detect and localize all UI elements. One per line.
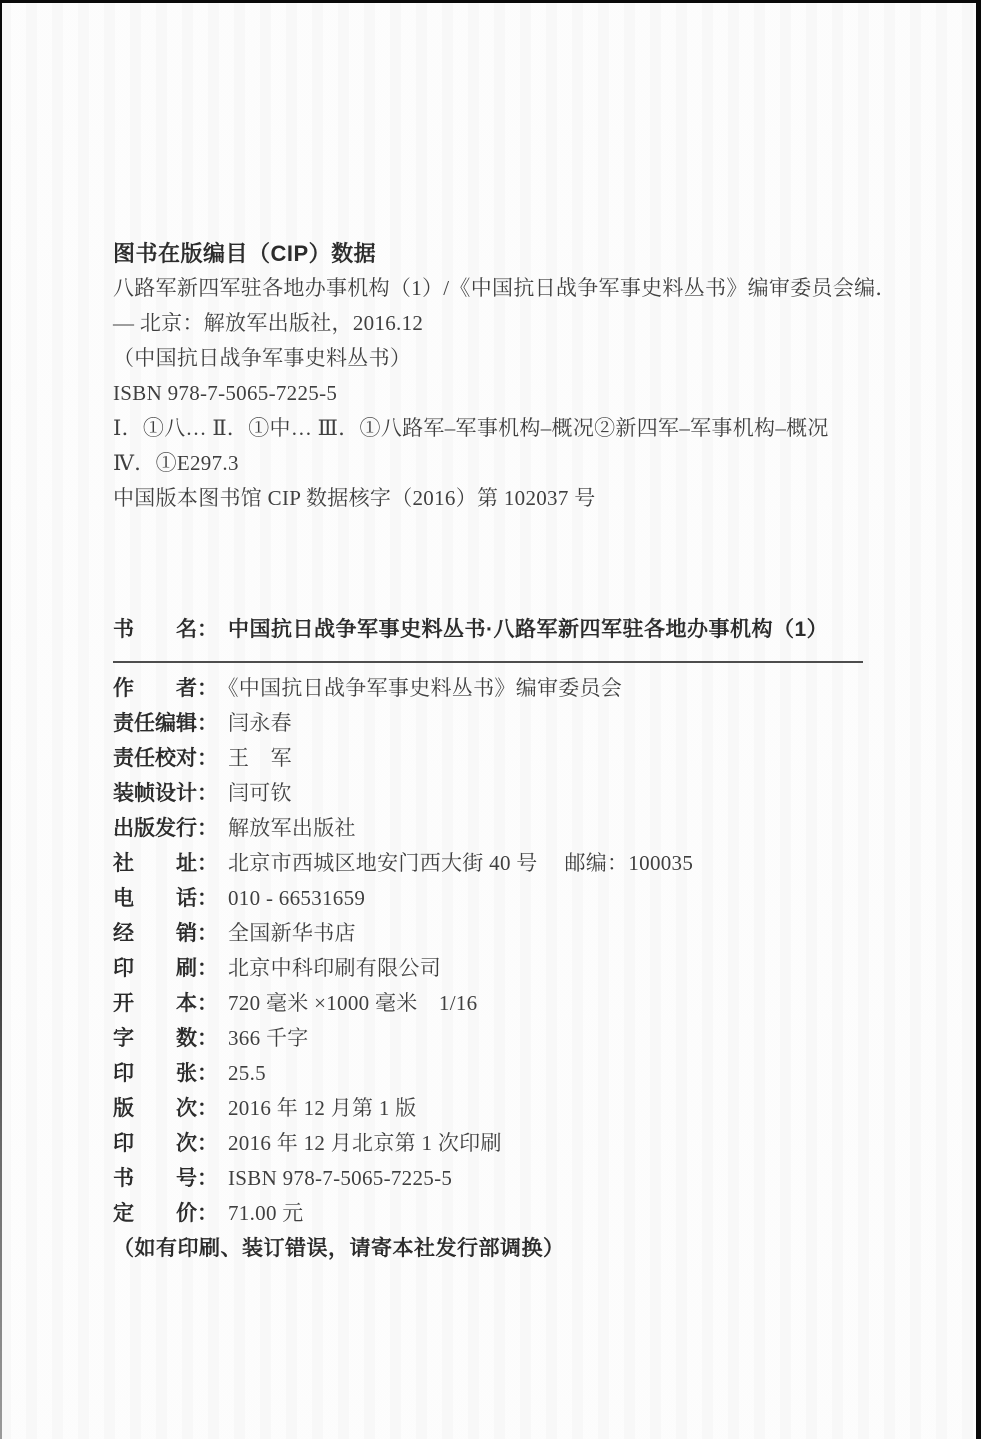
row-value: 王 军 xyxy=(228,746,292,770)
colophon-row-publisher: 出版发行：解放军出版社 xyxy=(113,811,913,846)
row-value: 720 毫米 ×1000 毫米 1/16 xyxy=(228,991,477,1015)
scan-edge-left xyxy=(0,0,2,1439)
row-label: 经 销： xyxy=(113,922,218,945)
row-value: 北京中科印刷有限公司 xyxy=(228,956,441,980)
colophon-row-proofreader: 责任校对：王 军 xyxy=(113,741,913,776)
cip-line-isbn: ISBN 978-7-5065-7225-5 xyxy=(113,376,913,411)
row-value: 中国抗日战争军事史料丛书·八路军新四军驻各地办事机构（1） xyxy=(228,618,828,641)
row-value: 71.00 元 xyxy=(228,1201,304,1225)
colophon-row-word-count: 字 数：366 千字 xyxy=(113,1021,913,1056)
row-value: 全国新华书店 xyxy=(228,921,356,945)
row-value: 解放军出版社 xyxy=(228,816,356,840)
cip-line-series: （中国抗日战争军事史料丛书） xyxy=(113,341,913,376)
colophon-row-author: 作 者：《中国抗日战争军事史料丛书》编审委员会 xyxy=(113,671,913,706)
cip-line-title-statement: 八路军新四军驻各地办事机构（1）/《中国抗日战争军事史料丛书》编审委员会编． xyxy=(113,271,913,306)
row-value: 闫可钦 xyxy=(228,781,292,805)
row-label: 开 本： xyxy=(113,992,218,1015)
row-label: 字 数： xyxy=(113,1027,218,1050)
colophon-row-editor: 责任编辑：闫永春 xyxy=(113,706,913,741)
scan-edge-right xyxy=(976,0,981,1439)
colophon-section: 书 名：中国抗日战争军事史料丛书·八路军新四军驻各地办事机构（1） 作 者：《中… xyxy=(113,612,913,1266)
row-label: 书 名： xyxy=(113,618,218,641)
row-value: 2016 年 12 月北京第 1 次印刷 xyxy=(228,1131,502,1155)
row-value: 北京市西城区地安门西大街 40 号 邮编：100035 xyxy=(228,851,693,875)
cip-line-classification: Ⅰ．①八… Ⅱ．①中… Ⅲ．①八路军–军事机构–概况②新四军–军事机构–概况 xyxy=(113,411,913,446)
row-value: 366 千字 xyxy=(228,1026,309,1050)
cip-line-class-number: Ⅳ．①E297.3 xyxy=(113,446,913,481)
row-label: 责任校对： xyxy=(113,747,218,770)
row-label: 责任编辑： xyxy=(113,712,218,735)
colophon-row-edition: 版 次：2016 年 12 月第 1 版 xyxy=(113,1091,913,1126)
colophon-row-format: 开 本：720 毫米 ×1000 毫米 1/16 xyxy=(113,986,913,1021)
colophon-row-telephone: 电 话：010 - 66531659 xyxy=(113,881,913,916)
row-label: 印 刷： xyxy=(113,957,218,980)
colophon-row-price: 定 价：71.00 元 xyxy=(113,1196,913,1231)
colophon-row-designer: 装帧设计：闫可钦 xyxy=(113,776,913,811)
colophon-row-printer: 印 刷：北京中科印刷有限公司 xyxy=(113,951,913,986)
divider-line xyxy=(113,661,863,663)
row-value: 25.5 xyxy=(228,1061,266,1085)
row-label: 装帧设计： xyxy=(113,782,218,805)
cip-line-record-number: 中国版本图书馆 CIP 数据核字（2016）第 102037 号 xyxy=(113,481,913,516)
row-value: 2016 年 12 月第 1 版 xyxy=(228,1096,417,1120)
row-label: 作 者： xyxy=(113,677,218,700)
replacement-notice: （如有印刷、装订错误，请寄本社发行部调换） xyxy=(113,1231,913,1266)
scan-edge-top xyxy=(0,0,981,3)
colophon-row-address: 社 址：北京市西城区地安门西大街 40 号 邮编：100035 xyxy=(113,846,913,881)
cip-heading: 图书在版编目（CIP）数据 xyxy=(113,236,913,271)
colophon-row-book-number: 书 号：ISBN 978-7-5065-7225-5 xyxy=(113,1161,913,1196)
book-colophon-page: 图书在版编目（CIP）数据 八路军新四军驻各地办事机构（1）/《中国抗日战争军事… xyxy=(0,0,981,1439)
row-label: 社 址： xyxy=(113,852,218,875)
colophon-row-sheets: 印 张：25.5 xyxy=(113,1056,913,1091)
row-label: 印 张： xyxy=(113,1062,218,1085)
row-value: ISBN 978-7-5065-7225-5 xyxy=(228,1166,452,1190)
row-label: 定 价： xyxy=(113,1202,218,1225)
row-label: 印 次： xyxy=(113,1132,218,1155)
row-value: 010 - 66531659 xyxy=(228,886,365,910)
row-label: 版 次： xyxy=(113,1097,218,1120)
row-label: 书 号： xyxy=(113,1167,218,1190)
colophon-row-book-title: 书 名：中国抗日战争军事史料丛书·八路军新四军驻各地办事机构（1） xyxy=(113,612,913,647)
colophon-row-distributor: 经 销：全国新华书店 xyxy=(113,916,913,951)
cip-line-publisher: — 北京：解放军出版社，2016.12 xyxy=(113,306,913,341)
row-value: 《中国抗日战争军事史料丛书》编审委员会 xyxy=(228,676,622,700)
row-label: 电 话： xyxy=(113,887,218,910)
colophon-row-printing: 印 次：2016 年 12 月北京第 1 次印刷 xyxy=(113,1126,913,1161)
row-value: 闫永春 xyxy=(228,711,292,735)
cip-data-section: 图书在版编目（CIP）数据 八路军新四军驻各地办事机构（1）/《中国抗日战争军事… xyxy=(113,236,913,516)
row-label: 出版发行： xyxy=(113,817,218,840)
